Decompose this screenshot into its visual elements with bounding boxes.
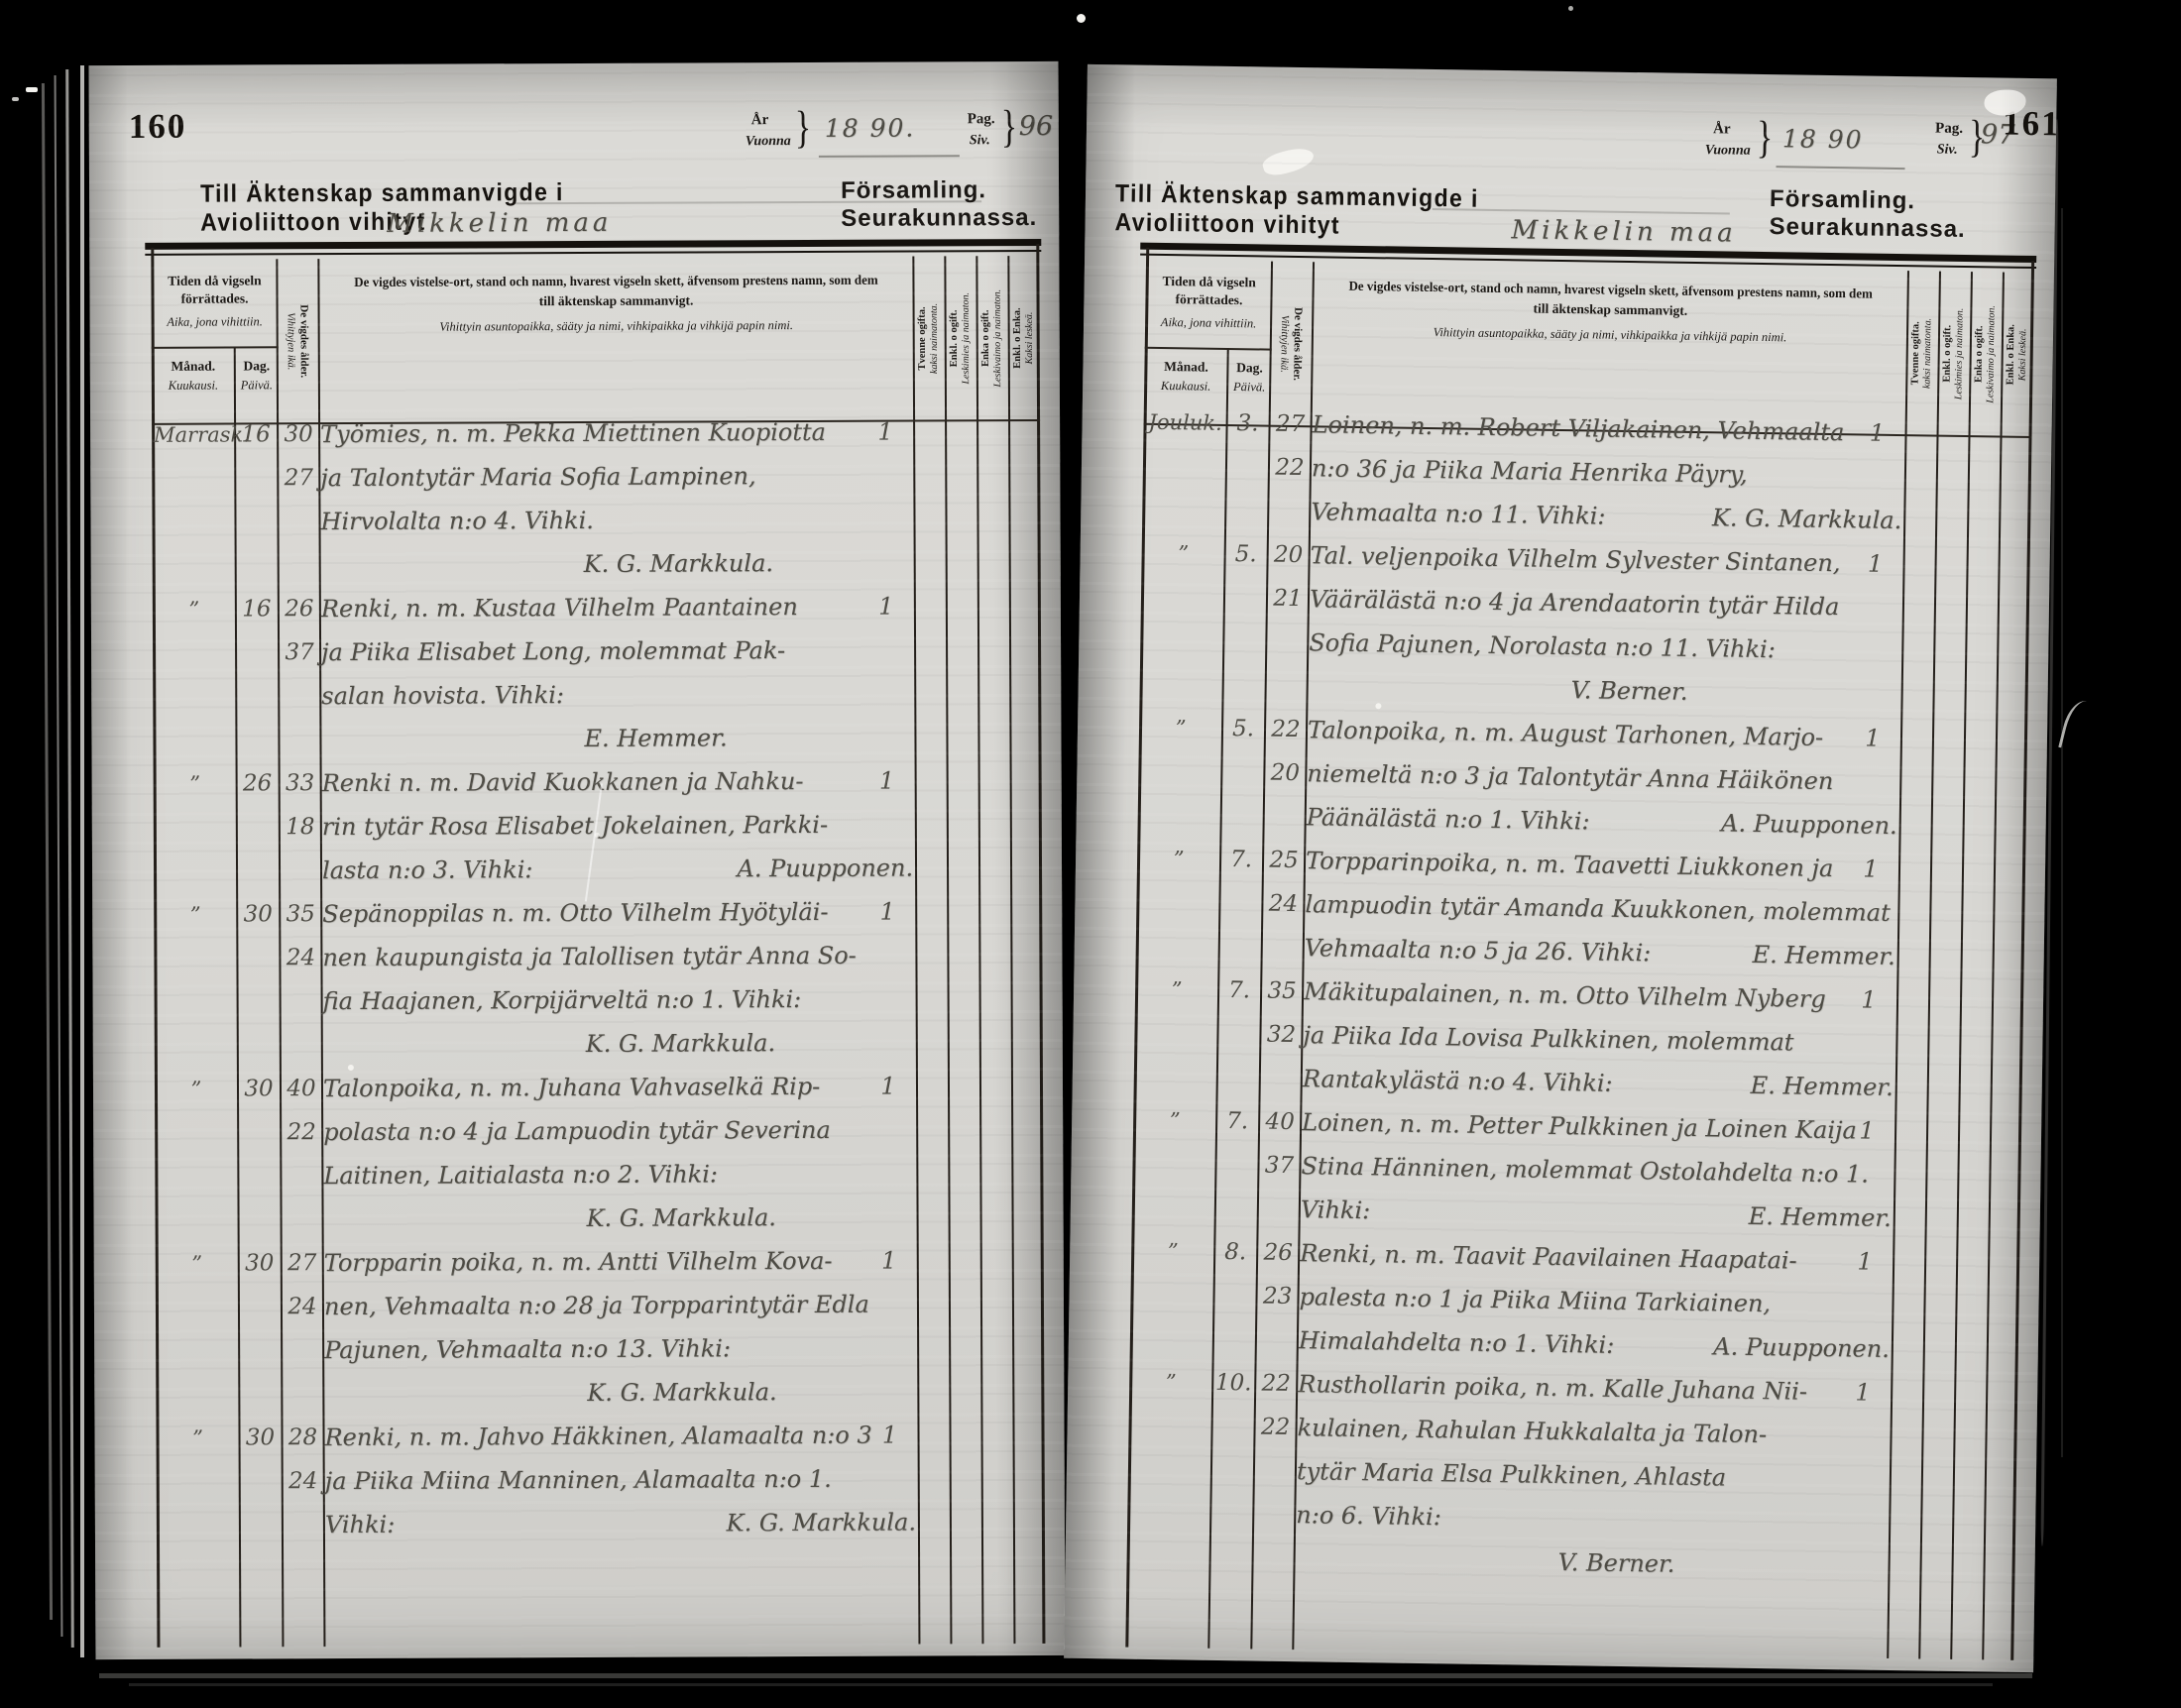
entry-day: 30 bbox=[239, 1241, 281, 1285]
entry-line: Renki, n. m. Kustaa Vilhelm Paantainen bbox=[321, 585, 798, 630]
register-entry: ” 16 26 37 1 Renki, n. m. Kustaa Vilhelm… bbox=[153, 584, 1040, 762]
col-time-sv2: förrättades. bbox=[1145, 291, 1272, 309]
priest-signature: V. Berner. bbox=[1557, 1540, 1674, 1586]
entry-month: ” bbox=[156, 762, 235, 806]
entry-month: Marrask. bbox=[154, 413, 233, 457]
rule-line bbox=[819, 155, 960, 158]
priest-signature: K. G. Markkula. bbox=[586, 1021, 775, 1066]
entry-tally: 1 bbox=[864, 585, 908, 628]
col-month-sv: Månad. bbox=[152, 359, 235, 375]
pag-label-fi: Siv. bbox=[970, 133, 990, 149]
entry-line: Vehmaalta n:o 5 ja 26. Vihki: bbox=[1304, 926, 1651, 974]
entry-text: Torpparinpoika, n. m. Taavetti Liukkonen… bbox=[1304, 839, 1906, 978]
col-status-two-widowed: Enkl. o Enka.Kaksi leskeä. bbox=[1007, 258, 1040, 418]
dust-speck bbox=[1568, 6, 1573, 11]
entry-line: Pajunen, Vehmaalta n:o 13. Vihki: bbox=[324, 1326, 731, 1372]
col-day-sv: Dag. bbox=[235, 358, 279, 374]
entry-age-bride: 20 bbox=[1263, 751, 1308, 796]
entry-tally: 1 bbox=[1849, 847, 1894, 891]
entry-line: Väärälästä n:o 4 ja Arendaatorin tytär H… bbox=[1310, 577, 1840, 628]
register-entry: ” 30 35 24 1 Sepänoppilas n. m. Otto Vil… bbox=[154, 889, 1041, 1068]
entry-ages: 26 37 bbox=[278, 587, 321, 674]
entry-text: Rusthollarin poika, n. m. Kalle Juhana N… bbox=[1295, 1362, 1898, 1589]
entry-age-bride: 22 bbox=[1253, 1405, 1298, 1449]
col-desc-sv-2: till äktenskap sammanvigt. bbox=[1314, 297, 1906, 322]
dust-speck bbox=[1077, 14, 1086, 23]
pag-label-sv: Pag. bbox=[968, 111, 995, 128]
entry-month: ” bbox=[1143, 531, 1223, 576]
entry-text: Renki, n. m. Kustaa Vilhelm Paantainenja… bbox=[321, 584, 923, 761]
col-time-sv: Tiden då vigseln bbox=[151, 273, 278, 289]
table-top-rule bbox=[145, 239, 1041, 250]
entry-age-groom: 22 bbox=[1254, 1361, 1299, 1406]
dust-speck bbox=[26, 87, 38, 92]
entry-age-groom: 35 bbox=[1260, 969, 1305, 1014]
entry-tally: 1 bbox=[865, 890, 909, 934]
entry-ages: 30 27 bbox=[277, 412, 320, 500]
parish-label-sv: Församling. bbox=[841, 176, 986, 205]
entry-day: 5. bbox=[1222, 707, 1265, 751]
priest-signature: K. G. Markkula. bbox=[727, 1501, 916, 1545]
register-entry: ” 7. 25 24 1 Torpparinpoika, n. m. Taave… bbox=[1135, 837, 2023, 980]
priest-signature: A. Puupponen. bbox=[1713, 1324, 1890, 1371]
entry-line: kulainen, Rahulan Hukkalalta ja Talon- bbox=[1297, 1406, 1767, 1456]
entry-month: ” bbox=[1137, 968, 1217, 1012]
entry-text: Työmies, n. m. Pekka Miettinen Kuopiotta… bbox=[320, 409, 922, 587]
register-entry: ” 5. 22 20 1 Talonpoika, n. m. August Ta… bbox=[1137, 706, 2025, 850]
entry-age-groom: 40 bbox=[1258, 1100, 1303, 1145]
entry-age-groom: 20 bbox=[1266, 533, 1311, 578]
entry-day: 7. bbox=[1218, 968, 1261, 1013]
entry-line: Mäkitupalainen, n. m. Otto Vilhelm Nyber… bbox=[1304, 969, 1826, 1021]
entry-line: Talonpoika, n. m. Juhana Vahvaselkä Rip- bbox=[323, 1065, 820, 1110]
register-entry: ” 7. 35 32 1 Mäkitupalainen, n. m. Otto … bbox=[1134, 968, 2022, 1111]
entry-month: ” bbox=[1131, 1360, 1211, 1405]
entry-line: Sepänoppilas n. m. Otto Vilhelm Hyötyläi… bbox=[322, 890, 828, 936]
entry-line: Talonpoika, n. m. August Tarhonen, Marjo… bbox=[1308, 708, 1824, 759]
entry-age-bride: 18 bbox=[279, 805, 322, 849]
col-day-sv: Dag. bbox=[1227, 360, 1271, 377]
entry-age-groom: 22 bbox=[1264, 708, 1309, 752]
rule-line bbox=[1777, 166, 1905, 170]
register-entry: Jouluk. 3. 27 22 1 Loinen, n. m. Robert … bbox=[1142, 400, 2030, 544]
entry-age-bride: 22 bbox=[1268, 446, 1313, 491]
entry-line: Tal. veljenpoika Vilhelm Sylvester Sinta… bbox=[1310, 533, 1840, 585]
entry-tally: 1 bbox=[1841, 1370, 1886, 1415]
entry-line: ja Piika Ida Lovisa Pulkkinen, molemmat bbox=[1303, 1013, 1794, 1064]
entry-line: Himalahdelta n:o 1. Vihki: bbox=[1299, 1318, 1615, 1367]
col-age-rotated: De vigdes ålder.Vihittyjen ikä. bbox=[1269, 264, 1313, 425]
entry-day: 7. bbox=[1216, 1099, 1259, 1144]
entry-day: 16 bbox=[236, 587, 278, 630]
entry-text: Torpparin poika, n. m. Antti Vilhelm Kov… bbox=[324, 1238, 926, 1416]
entry-age-groom: 40 bbox=[280, 1067, 323, 1110]
entry-line: Hirvolalta n:o 4. Vihki. bbox=[320, 499, 594, 543]
entry-line: ja Piika Elisabet Long, molemmat Pak- bbox=[321, 628, 785, 674]
col-desc-fi: Vihittyin asuntopaikka, sääty ja nimi, v… bbox=[1314, 323, 1906, 347]
table-top-rule-thin bbox=[145, 250, 1041, 256]
entry-age-groom: 27 bbox=[1268, 402, 1313, 447]
year-value: 18 90. bbox=[825, 114, 916, 143]
entry-age-bride: 24 bbox=[281, 1285, 324, 1328]
entry-tally: 1 bbox=[1853, 541, 1897, 586]
entry-day: 10. bbox=[1212, 1361, 1255, 1406]
entry-day: 16 bbox=[235, 412, 277, 456]
entry-day: 26 bbox=[237, 761, 279, 805]
entry-text: Sepänoppilas n. m. Otto Vilhelm Hyötyläi… bbox=[322, 889, 924, 1067]
entry-month: ” bbox=[157, 1068, 236, 1111]
year-label-fi: Vuonna bbox=[1705, 143, 1751, 160]
entries-column: Marrask. 16 30 27 1 Työmies, n. m. Pekka… bbox=[90, 409, 1065, 1547]
entry-tally: 1 bbox=[1843, 1239, 1888, 1284]
entry-line: Renki, n. m. Taavit Paavilainen Haapatai… bbox=[1300, 1231, 1797, 1282]
entry-line: Rantakylästä n:o 4. Vihki: bbox=[1302, 1057, 1612, 1105]
entry-month: Jouluk. bbox=[1145, 400, 1225, 445]
priest-signature: E. Hemmer. bbox=[584, 716, 727, 760]
parish-label-sv: Församling. bbox=[1770, 185, 1915, 215]
col-time-sv2: förrättades. bbox=[151, 290, 278, 307]
entry-tally: 1 bbox=[867, 1414, 911, 1457]
register-page-left: 160 År Vuonna } 18 90. Pag. Siv. } 96 Ti… bbox=[88, 61, 1065, 1659]
col-month-sv: Månad. bbox=[1144, 359, 1227, 376]
col-month-fi: Kuukausi. bbox=[152, 379, 235, 394]
entry-day: 7. bbox=[1220, 838, 1263, 882]
entry-tally: 1 bbox=[865, 759, 909, 803]
entry-age-bride: 23 bbox=[1255, 1274, 1300, 1318]
col-status-two-unmarried: Tvenne ogifta.kaksi naimatonta. bbox=[912, 258, 945, 418]
priest-signature: A. Puupponen. bbox=[1721, 801, 1897, 848]
entries-column: Jouluk. 3. 27 22 1 Loinen, n. m. Robert … bbox=[1065, 399, 2052, 1591]
entry-line: Vihki: bbox=[1301, 1188, 1371, 1232]
page-title-finnish: Avioliittoon vihityt bbox=[1114, 208, 1340, 240]
parish-label-fi: Seurakunnassa. bbox=[1769, 213, 1965, 244]
year-label-sv: År bbox=[1713, 121, 1731, 138]
entry-age-groom: 26 bbox=[1256, 1230, 1301, 1275]
entry-line: Loinen, n. m. Robert Viljakainen, Vehmaa… bbox=[1312, 402, 1844, 454]
entry-age-bride: 24 bbox=[1261, 882, 1306, 927]
entry-line: Vihki: bbox=[325, 1503, 396, 1546]
parish-written: Mikkelin maa bbox=[387, 208, 612, 239]
entry-tally: 1 bbox=[1845, 1108, 1890, 1153]
entry-age-bride: 37 bbox=[278, 630, 321, 674]
entry-age-bride: 24 bbox=[279, 936, 322, 979]
year-label-fi: Vuonna bbox=[746, 134, 791, 150]
entry-ages: 27 24 bbox=[281, 1241, 324, 1328]
entry-age-bride: 37 bbox=[1257, 1144, 1302, 1189]
entry-ages: 35 32 bbox=[1259, 969, 1304, 1058]
entry-age-bride: 22 bbox=[280, 1110, 323, 1154]
entry-month: ” bbox=[158, 1242, 237, 1286]
year-label-sv: År bbox=[751, 112, 769, 129]
entry-line: Torpparinpoika, n. m. Taavetti Liukkonen… bbox=[1306, 839, 1834, 890]
col-day-fi: Päivä. bbox=[235, 378, 279, 393]
entry-line: n:o 6. Vihki: bbox=[1296, 1493, 1441, 1538]
col-desc-fi: Vihittyin asuntopaikka, sääty ja nimi, v… bbox=[320, 318, 913, 336]
entry-line: Renki n. m. David Kuokkanen ja Nahku- bbox=[322, 759, 804, 805]
entry-line: Stina Hänninen, molemmat Ostolahdelta n:… bbox=[1301, 1144, 1869, 1196]
parish-label-fi: Seurakunnassa. bbox=[841, 204, 1037, 233]
page-number: 160 bbox=[129, 107, 187, 147]
entry-line: Torpparin poika, n. m. Antti Vilhelm Kov… bbox=[324, 1239, 833, 1285]
entry-age-bride: 21 bbox=[1266, 577, 1311, 622]
entry-tally: 1 bbox=[867, 1239, 911, 1283]
entry-age-groom: 28 bbox=[281, 1416, 324, 1459]
entry-ages: 35 24 bbox=[279, 892, 322, 979]
entry-age-bride: 24 bbox=[282, 1459, 325, 1503]
entry-text: Mäkitupalainen, n. m. Otto Vilhelm Nyber… bbox=[1302, 969, 1904, 1109]
page-edge-line bbox=[129, 1683, 1993, 1686]
entry-line: Sofia Pajunen, Norolasta n:o 11. Vihki: bbox=[1309, 621, 1776, 671]
priest-signature: E. Hemmer. bbox=[1750, 1064, 1894, 1109]
entry-line: Työmies, n. m. Pekka Miettinen Kuopiotta bbox=[320, 410, 826, 456]
entry-line: palesta n:o 1 ja Piika Miina Tarkiainen, bbox=[1299, 1275, 1771, 1325]
register-entry: ” 30 40 22 1 Talonpoika, n. m. Juhana Va… bbox=[155, 1064, 1042, 1242]
scan-blotch bbox=[1260, 144, 1316, 179]
entry-text: Talonpoika, n. m. Juhana Vahvaselkä Rip-… bbox=[323, 1064, 925, 1241]
page-edge-line bbox=[2061, 208, 2063, 1457]
page-title-swedish: Till Äktenskap sammanvigde i bbox=[200, 178, 564, 209]
register-entry: ” 8. 26 23 1 Renki, n. m. Taavit Paavila… bbox=[1130, 1229, 2018, 1373]
col-time-fi: Aika, jona vihittiin. bbox=[152, 314, 279, 330]
entry-age-groom: 27 bbox=[281, 1241, 324, 1285]
entry-text: Talonpoika, n. m. August Tarhonen, Marjo… bbox=[1306, 708, 1908, 848]
entry-text: Renki, n. m. Jahvo Häkkinen, Alamaalta n… bbox=[324, 1413, 926, 1546]
entry-line: Vehmaalta n:o 11. Vihki: bbox=[1311, 490, 1606, 537]
priest-signature: K. G. Markkula. bbox=[1712, 496, 1902, 542]
entry-line: fia Haajanen, Korpijärveltä n:o 1. Vihki… bbox=[323, 977, 802, 1023]
col-day-fi: Päivä. bbox=[1227, 380, 1271, 396]
entry-age-groom: 30 bbox=[277, 412, 320, 456]
col-status-widow-unmarried: Enka o ogift.Leskivaimo ja naimaton. bbox=[1969, 274, 2003, 434]
col-status-widower-unmarried: Enkl. o ogift.Leskimies ja naimaton. bbox=[1937, 274, 1971, 434]
col-status-widower-unmarried: Enkl. o ogift.Leskimies ja naimaton. bbox=[944, 258, 976, 418]
pag-label-fi: Siv. bbox=[1937, 143, 1958, 159]
entry-ages: 40 37 bbox=[1257, 1100, 1302, 1189]
entry-age-groom: 25 bbox=[1262, 839, 1307, 883]
priest-signature: E. Hemmer. bbox=[1752, 933, 1895, 978]
entry-age-groom: 33 bbox=[279, 761, 322, 805]
entry-line: n:o 36 ja Piika Maria Henrika Päyry, bbox=[1312, 446, 1748, 497]
entry-line: niemeltä n:o 3 ja Talontytär Anna Häikön… bbox=[1307, 751, 1834, 803]
entry-line: lasta n:o 3. Vihki: bbox=[322, 848, 533, 892]
dust-speck bbox=[1375, 703, 1381, 709]
register-entry: Marrask. 16 30 27 1 Työmies, n. m. Pekka… bbox=[152, 409, 1039, 588]
entry-line: Renki, n. m. Jahvo Häkkinen, Alamaalta n… bbox=[324, 1414, 871, 1459]
register-entry: ” 30 27 24 1 Torpparin poika, n. m. Antt… bbox=[156, 1238, 1043, 1417]
entry-line: tytär Maria Elsa Pulkkinen, Ahlasta bbox=[1297, 1449, 1727, 1499]
entry-age-groom: 35 bbox=[279, 892, 322, 936]
entry-line: polasta n:o 4 ja Lampuodin tytär Severin… bbox=[323, 1108, 831, 1154]
entry-tally: 1 bbox=[1851, 716, 1895, 760]
entry-age-groom: 26 bbox=[278, 587, 321, 630]
entry-month: ” bbox=[158, 1417, 237, 1460]
brace: } bbox=[1757, 113, 1774, 165]
col-age-rotated: De vigdes ålder.Vihittyjen ikä. bbox=[276, 261, 318, 421]
entry-month: ” bbox=[1141, 706, 1221, 750]
col-time-fi: Aika, jona vihittiin. bbox=[1145, 315, 1272, 332]
col-status-widow-unmarried: Enka o ogift.Leskivaimo ja naimaton. bbox=[976, 258, 1008, 418]
entry-ages: 26 23 bbox=[1255, 1230, 1300, 1318]
register-entry: ” 10. 22 22 1 Rusthollarin poika, n. m. … bbox=[1126, 1360, 2015, 1591]
pag-value: 96 bbox=[1019, 111, 1053, 142]
register-entry: ” 5. 20 21 1 Tal. veljenpoika Vilhelm Sy… bbox=[1139, 531, 2028, 719]
entry-line: Laitinen, Laitialasta n:o 2. Vihki: bbox=[323, 1152, 718, 1197]
entry-ages: 20 21 bbox=[1266, 533, 1311, 622]
scanned-register-spread: 160 År Vuonna } 18 90. Pag. Siv. } 96 Ti… bbox=[0, 0, 2181, 1708]
brace: } bbox=[1001, 102, 1018, 153]
entry-ages: 40 22 bbox=[280, 1067, 323, 1154]
col-desc-sv-1: De vigdes vistelse-ort, stand och namn, … bbox=[331, 273, 900, 291]
entry-day: 30 bbox=[238, 1067, 280, 1110]
entry-line: rin tytär Rosa Elisabet Jokelainen, Park… bbox=[322, 803, 828, 849]
entry-ages: 28 24 bbox=[281, 1416, 324, 1503]
entry-ages: 33 18 bbox=[279, 761, 322, 849]
entry-tally: 1 bbox=[1855, 410, 1899, 455]
dust-speck bbox=[348, 1065, 354, 1071]
priest-signature: K. G. Markkula. bbox=[587, 1370, 776, 1415]
entry-ages: 25 24 bbox=[1261, 839, 1306, 927]
entry-tally: 1 bbox=[866, 1065, 910, 1108]
entry-line: Päänälästä n:o 1. Vihki: bbox=[1306, 795, 1589, 843]
entry-day: 8. bbox=[1214, 1230, 1257, 1275]
entry-day: 30 bbox=[239, 1416, 281, 1459]
entry-tally: 1 bbox=[1847, 977, 1892, 1022]
page-edge-line bbox=[65, 69, 74, 1648]
entry-age-bride: 27 bbox=[277, 456, 320, 500]
priest-signature: E. Hemmer. bbox=[1748, 1195, 1892, 1240]
col-status-two-unmarried: Tvenne ogifta.kaksi naimatonta. bbox=[1905, 273, 1939, 433]
entry-line: ja Piika Miina Manninen, Alamaalta n:o 1… bbox=[325, 1457, 832, 1503]
year-value: 18 90 bbox=[1782, 124, 1864, 154]
entry-day: 5. bbox=[1224, 532, 1267, 577]
priest-signature: K. G. Markkula. bbox=[584, 541, 773, 586]
entry-line: nen, Vehmaalta n:o 28 ja Torpparintytär … bbox=[324, 1283, 869, 1328]
priest-signature: K. G. Markkula. bbox=[586, 1196, 775, 1240]
entry-line: Rusthollarin poika, n. m. Kalle Juhana N… bbox=[1298, 1362, 1807, 1414]
entry-line: nen kaupungista ja Talollisen tytär Anna… bbox=[322, 934, 856, 979]
entry-ages: 22 22 bbox=[1253, 1361, 1298, 1449]
dust-speck bbox=[12, 97, 19, 101]
entry-text: Loinen, n. m. Petter Pulkkinen ja Loinen… bbox=[1301, 1100, 1903, 1240]
page-edge-line bbox=[42, 83, 53, 1620]
entry-month: ” bbox=[1135, 1098, 1215, 1143]
col-status-two-widowed: Enkl. o Enka.Kaksi leskeä. bbox=[2001, 275, 2034, 435]
col-time-sv: Tiden då vigseln bbox=[1146, 274, 1273, 291]
entry-month: ” bbox=[1133, 1229, 1213, 1274]
page-edge-line bbox=[55, 75, 63, 1637]
entry-day: 3. bbox=[1226, 401, 1269, 446]
entry-text: Renki, n. m. Taavit Paavilainen Haapatai… bbox=[1299, 1231, 1901, 1371]
entry-line: ja Talontytär Maria Sofia Lampinen, bbox=[320, 454, 755, 500]
entry-text: Loinen, n. m. Robert Viljakainen, Vehmaa… bbox=[1311, 402, 1913, 542]
entry-ages: 27 22 bbox=[1268, 402, 1313, 491]
page-edge-line bbox=[80, 65, 84, 1657]
register-entry: ” 7. 40 37 1 Loinen, n. m. Petter Pulkki… bbox=[1132, 1098, 2020, 1242]
entry-ages: 22 20 bbox=[1263, 708, 1308, 796]
page-edge-line bbox=[99, 1673, 2032, 1678]
brace: } bbox=[795, 103, 812, 154]
priest-signature: A. Puupponen. bbox=[737, 847, 913, 891]
entry-text: Renki n. m. David Kuokkanen ja Nahku-rin… bbox=[322, 758, 924, 892]
pag-label-sv: Pag. bbox=[1935, 121, 1963, 138]
priest-signature: V. Berner. bbox=[1570, 668, 1687, 714]
entry-month: ” bbox=[1139, 837, 1219, 881]
register-page-right: År Vuonna } 18 90 Pag. Siv. } 97 161 Til… bbox=[1064, 64, 2057, 1672]
entry-line: salan hovista. Vihki: bbox=[321, 673, 564, 718]
col-desc-sv-2: till äktenskap sammanvigt. bbox=[320, 292, 913, 311]
entry-month: ” bbox=[155, 588, 234, 631]
entry-tally: 1 bbox=[863, 410, 907, 454]
parish-written: Mikkelin maa bbox=[1511, 215, 1737, 248]
entry-age-bride: 32 bbox=[1259, 1013, 1304, 1058]
register-entry: ” 30 28 24 1 Renki, n. m. Jahvo Häkkinen… bbox=[156, 1413, 1043, 1547]
entry-month: ” bbox=[156, 893, 235, 937]
entry-text: Tal. veljenpoika Vilhelm Sylvester Sinta… bbox=[1308, 533, 1911, 717]
col-month-fi: Kuukausi. bbox=[1144, 379, 1227, 395]
scratch-mark bbox=[2058, 697, 2099, 753]
entry-day: 30 bbox=[237, 892, 279, 936]
